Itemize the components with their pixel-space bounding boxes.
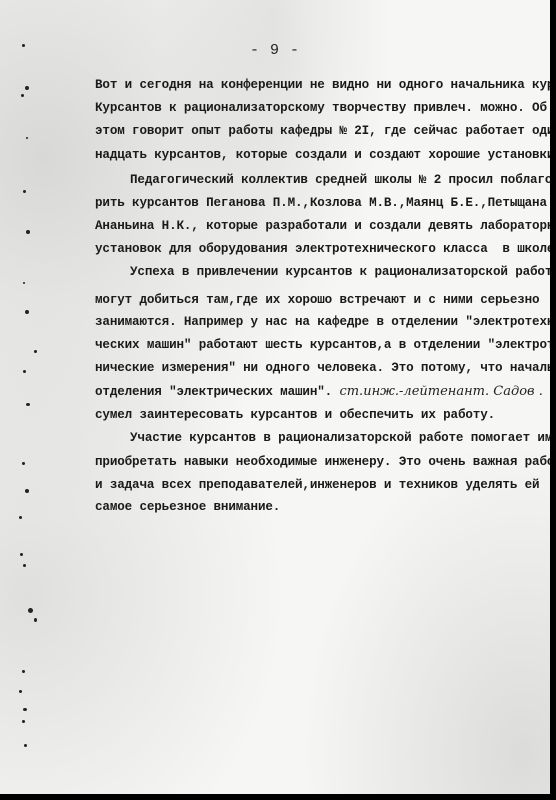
text-line: надцать курсантов, которые создали и соз… (95, 148, 550, 162)
text-line: занимаются. Например у нас на кафедре в … (95, 315, 550, 329)
scan-speck (19, 690, 22, 693)
text-fragment: отделения "электрических машин". (95, 385, 339, 399)
scan-speck (22, 44, 25, 47)
scan-speck (26, 137, 28, 139)
scan-speck (28, 608, 33, 613)
text-line: рить курсантов Пеганова П.М.,Козлова М.В… (95, 196, 550, 210)
text-line: приобретать навыки необходимые инженеру.… (95, 455, 550, 469)
text-line: самое серьезное внимание. (95, 500, 280, 514)
scan-speck (25, 86, 29, 90)
text-line: ческих машин" работают шесть курсантов,а… (95, 338, 550, 352)
text-line: Успеха в привлечении курсантов к рациона… (130, 265, 550, 279)
text-line: Вот и сегодня на конференции не видно ни… (95, 78, 550, 92)
text-line: установок для оборудования электротехнич… (95, 242, 550, 256)
text-line: Педагогический коллектив средней школы №… (130, 173, 550, 187)
scan-speck (26, 403, 30, 406)
text-line: могут добиться там,где их хорошо встреча… (95, 293, 539, 307)
scan-speck (22, 720, 25, 723)
scan-speck (20, 553, 23, 556)
text-line: этом говорит опыт работы кафедры № 2I, г… (95, 124, 550, 138)
text-line: Курсантов к рационализаторскому творчест… (95, 101, 547, 115)
page-number: - 9 - (0, 42, 550, 59)
scan-speck (21, 94, 24, 97)
handwritten-insert: ст.инж.-лейтенант. Садов . (339, 384, 542, 399)
document-page: - 9 - Вот и сегодня на конференции не ви… (0, 0, 550, 794)
scan-speck (26, 230, 30, 234)
text-line: Участие курсантов в рационализаторской р… (130, 431, 550, 445)
scan-border-right (550, 0, 556, 800)
scan-speck (23, 370, 26, 373)
scan-speck (34, 618, 37, 622)
scan-speck (23, 190, 26, 193)
scan-speck (22, 462, 25, 465)
scan-speck (19, 516, 22, 519)
scan-speck (22, 670, 25, 673)
scan-speck (23, 282, 25, 284)
scan-speck (25, 310, 29, 314)
scan-speck (23, 708, 27, 711)
text-line: Ананьина Н.К., которые разработали и соз… (95, 219, 550, 233)
text-line: сумел заинтересовать курсантов и обеспеч… (95, 408, 495, 422)
scan-speck (23, 564, 26, 567)
scan-speck (25, 489, 29, 493)
text-line: нические измерения" ни одного человека. … (95, 361, 550, 375)
scan-border-bottom (0, 794, 556, 800)
text-line: и задача всех преподавателей,инженеров и… (95, 478, 539, 492)
scan-speck (24, 744, 27, 747)
text-line-with-handwriting: отделения "электрических машин". ст.инж.… (95, 385, 543, 399)
scan-speck (34, 350, 37, 353)
